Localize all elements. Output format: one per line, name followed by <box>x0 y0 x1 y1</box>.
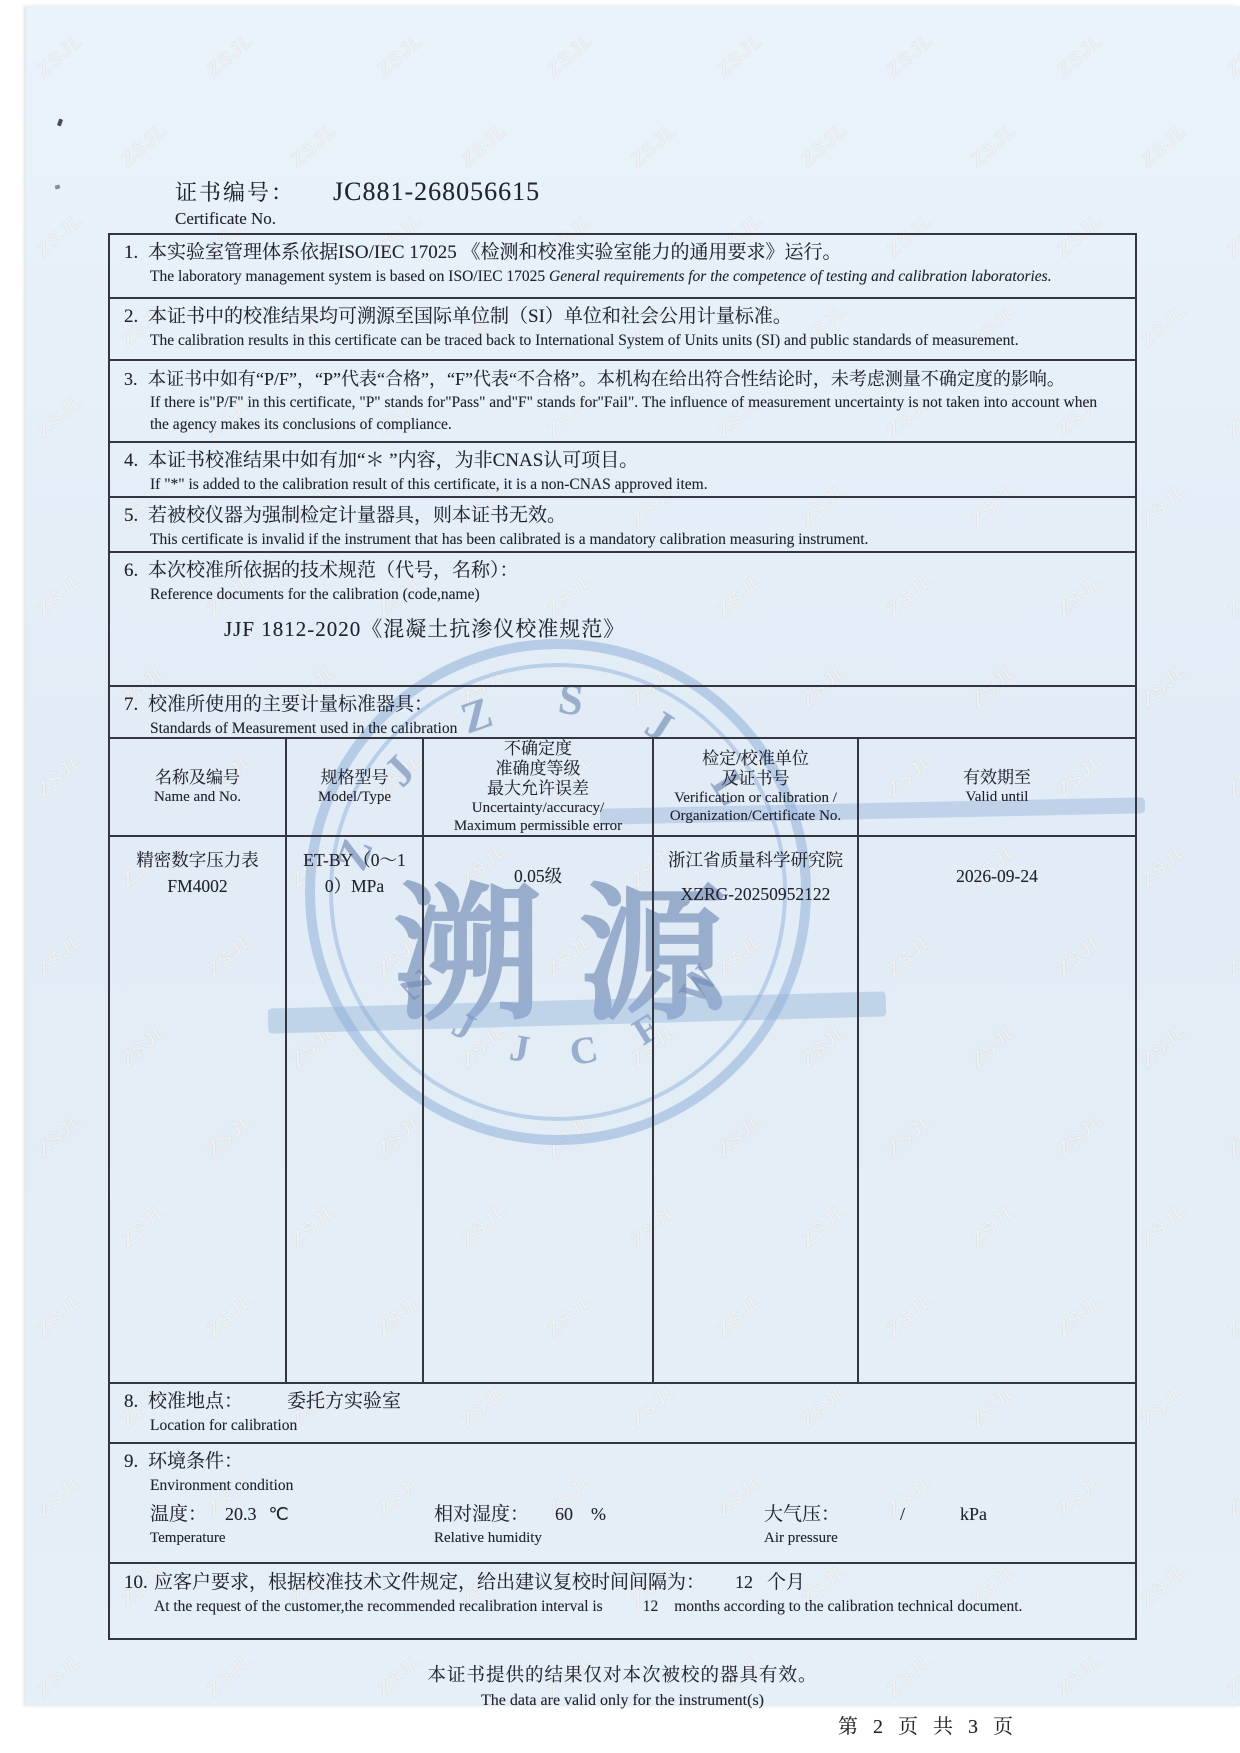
cell-accuracy: 0.05级 <box>422 837 652 1382</box>
verification-organization: 浙江省质量科学研究院 <box>654 847 857 873</box>
recalibration-interval-value-en: 12 <box>643 1596 659 1618</box>
col-header-model-cn: 规格型号 <box>287 768 422 788</box>
clause-text-en-italic: General requirements for the competence … <box>549 268 1052 285</box>
standard-accuracy: 0.05级 <box>424 863 652 889</box>
validity-note-en: The data are valid only for the instrume… <box>108 1689 1137 1712</box>
standards-table: 名称及编号 Name and No. 规格型号 Model/Type 不确定度 … <box>110 739 1135 1384</box>
humidity-block: 相对湿度：60% Relative humidity <box>434 1501 764 1548</box>
air-pressure-value: / <box>900 1501 905 1527</box>
section-number: 8. <box>124 1389 148 1415</box>
clause-text-en: Reference documents for the calibration … <box>124 584 1127 606</box>
clause-number: 1. <box>124 240 148 266</box>
clause-text-en-line2: the agency makes its conclusions of comp… <box>124 414 1127 436</box>
section-number: 9. <box>124 1449 148 1475</box>
clause-text-cn: 本证书校准结果中如有加“＊ ”内容，为非CNAS认可项目。 <box>148 450 638 471</box>
temperature-value: 20.3 <box>225 1501 257 1527</box>
location-label-cn: 校准地点： <box>148 1391 243 1412</box>
col-header-uncertainty-en2: Maximum permissible error <box>424 817 652 835</box>
clause-2: 2.本证书中的校准结果均可溯源至国际单位制（SI）单位和社会公用计量标准。 Th… <box>110 299 1135 361</box>
humidity-label-en: Relative humidity <box>434 1528 764 1548</box>
cell-organization: 浙江省质量科学研究院 XZRG-20250952122 <box>652 837 857 1382</box>
location-label-en: Location for calibration <box>124 1415 1127 1437</box>
location-value: 委托方实验室 <box>287 1389 401 1415</box>
verification-certificate-no: XZRG-20250952122 <box>654 881 857 907</box>
clause-4: 4.本证书校准结果中如有加“＊ ”内容，为非CNAS认可项目。 If "*" i… <box>110 443 1135 498</box>
cell-model: ET-BY（0～1 0）MPa <box>285 837 422 1382</box>
cell-valid-until: 2026-09-24 <box>857 837 1135 1382</box>
standard-model-line1: ET-BY（0～1 <box>287 847 422 873</box>
reference-document: JJF 1812-2020《混凝土抗渗仪校准规范》 <box>124 614 1127 644</box>
col-header-valid-until: 有效期至 Valid until <box>857 739 1135 837</box>
temperature-block: 温度：20.3℃ Temperature <box>124 1501 434 1548</box>
clause-number: 6. <box>124 558 148 584</box>
certificate-page: { "watermark": { "text": "ZSJL" }, "seal… <box>0 0 1240 1753</box>
clause-text-cn: 本次校准所依据的技术规范（代号，名称）： <box>148 560 519 581</box>
col-header-valid-until-en: Valid until <box>859 788 1135 806</box>
clause-1: 1.本实验室管理体系依据ISO/IEC 17025 《检测和校准实验室能力的通用… <box>110 235 1135 299</box>
certificate-body-box: 1.本实验室管理体系依据ISO/IEC 17025 《检测和校准实验室能力的通用… <box>108 233 1137 1640</box>
recalibration-interval-unit-cn: 个月 <box>767 1570 805 1596</box>
col-header-organization-cn1: 检定/校准单位 <box>654 749 857 769</box>
col-header-uncertainty: 不确定度 准确度等级 最大允许误差 Uncertainty/accuracy/ … <box>422 739 652 837</box>
recalibration-interval-value: 12 <box>735 1569 753 1595</box>
certificate-no-label-cn: 证书编号： <box>175 176 295 207</box>
environment-label-cn: 环境条件： <box>148 1451 243 1472</box>
clause-text-en: The calibration results in this certific… <box>124 330 1127 352</box>
col-header-uncertainty-cn1: 不确定度 <box>424 739 652 759</box>
validity-note: 本证书提供的结果仅对本次被校的器具有效。 The data are valid … <box>108 1663 1137 1712</box>
col-header-model: 规格型号 Model/Type <box>285 739 422 837</box>
clause-text-en: If there is"P/F" in this certificate, "P… <box>124 392 1127 414</box>
col-header-valid-until-cn: 有效期至 <box>859 768 1135 788</box>
temperature-label-en: Temperature <box>150 1528 434 1548</box>
recalibration-text-cn: 应客户要求，根据校准技术文件规定，给出建议复校时间间隔为： <box>154 1572 705 1593</box>
clause-text-en: If "*" is added to the calibration resul… <box>124 474 1127 496</box>
col-header-name-en: Name and No. <box>110 788 285 806</box>
standard-model-line2: 0）MPa <box>287 873 422 899</box>
clause-text-en: This certificate is invalid if the instr… <box>124 529 1127 551</box>
standard-name: 精密数字压力表 <box>110 847 285 873</box>
air-pressure-block: 大气压：/kPa Air pressure <box>764 1501 1127 1548</box>
section-recalibration: 10.应客户要求，根据校准技术文件规定，给出建议复校时间间隔为：12个月 At … <box>110 1564 1135 1638</box>
clause-number: 4. <box>124 448 148 474</box>
humidity-label-cn: 相对湿度： <box>434 1504 529 1525</box>
clause-number: 3. <box>124 366 148 392</box>
col-header-model-en: Model/Type <box>287 788 422 806</box>
clause-3: 3.本证书中如有“P/F”，“P”代表“合格”，“F”代表“不合格”。本机构在给… <box>110 361 1135 443</box>
section-number: 10. <box>124 1570 154 1596</box>
col-header-name: 名称及编号 Name and No. <box>110 739 285 837</box>
clause-6: 6.本次校准所依据的技术规范（代号，名称）： Reference documen… <box>110 553 1135 687</box>
clause-number: 2. <box>124 304 148 330</box>
clause-text-cn: 校准所使用的主要计量标准器具： <box>148 694 433 715</box>
col-header-uncertainty-en1: Uncertainty/accuracy/ <box>424 799 652 817</box>
humidity-unit: % <box>591 1501 606 1527</box>
certificate-no-value: JC881-268056615 <box>333 177 540 207</box>
cell-name: 精密数字压力表 FM4002 <box>110 837 285 1382</box>
standards-table-row: 精密数字压力表 FM4002 ET-BY（0～1 0）MPa 0.05级 浙江省… <box>110 837 1135 1382</box>
clause-number: 7. <box>124 692 148 718</box>
clause-text-cn: 本证书中如有“P/F”，“P”代表“合格”，“F”代表“不合格”。本机构在给出符… <box>148 369 1065 389</box>
temperature-label-cn: 温度： <box>150 1504 207 1525</box>
col-header-organization-en2: Organization/Certificate No. <box>654 807 857 825</box>
clause-7: 7.校准所使用的主要计量标准器具： Standards of Measureme… <box>110 687 1135 739</box>
clause-number: 5. <box>124 503 148 529</box>
environment-label-en: Environment condition <box>124 1475 1127 1497</box>
clause-text-en: The laboratory management system is base… <box>150 268 549 285</box>
page-number: 第 2 页 共 3 页 <box>838 1710 1018 1739</box>
col-header-organization-en1: Verification or calibration / <box>654 789 857 807</box>
validity-note-cn: 本证书提供的结果仅对本次被校的器具有效。 <box>108 1663 1137 1689</box>
recalibration-text-en: At the request of the customer,the recom… <box>154 1598 603 1615</box>
section-location: 8.校准地点：委托方实验室 Location for calibration <box>110 1384 1135 1444</box>
valid-until-date: 2026-09-24 <box>859 863 1135 889</box>
col-header-uncertainty-cn2: 准确度等级 <box>424 759 652 779</box>
clause-5: 5.若被校仪器为强制检定计量器具，则本证书无效。 This certificat… <box>110 498 1135 553</box>
clause-text-cn: 本实验室管理体系依据ISO/IEC 17025 《检测和校准实验室能力的通用要求… <box>148 242 842 263</box>
clause-text-cn: 若被校仪器为强制检定计量器具，则本证书无效。 <box>148 505 566 526</box>
col-header-organization: 检定/校准单位 及证书号 Verification or calibration… <box>652 739 857 837</box>
col-header-organization-cn2: 及证书号 <box>654 769 857 789</box>
certificate-number-block: 证书编号：JC881-268056615 Certificate No. <box>175 176 540 229</box>
col-header-name-cn: 名称及编号 <box>110 768 285 788</box>
recalibration-text-en-suffix: months according to the calibration tech… <box>674 1596 1022 1618</box>
certificate-no-label-en: Certificate No. <box>175 209 540 229</box>
air-pressure-unit: kPa <box>960 1501 987 1527</box>
section-environment: 9.环境条件： Environment condition 温度：20.3℃ T… <box>110 1444 1135 1564</box>
clause-text-en: Standards of Measurement used in the cal… <box>124 718 1127 739</box>
clause-text-cn: 本证书中的校准结果均可溯源至国际单位制（SI）单位和社会公用计量标准。 <box>148 306 792 327</box>
humidity-value: 60 <box>555 1501 573 1527</box>
environment-values: 温度：20.3℃ Temperature 相对湿度：60% Relative h… <box>124 1501 1127 1548</box>
standard-number: FM4002 <box>110 873 285 899</box>
temperature-unit: ℃ <box>269 1501 289 1527</box>
air-pressure-label-en: Air pressure <box>764 1528 1127 1548</box>
air-pressure-label-cn: 大气压： <box>764 1504 840 1525</box>
col-header-uncertainty-cn3: 最大允许误差 <box>424 779 652 799</box>
standards-table-header: 名称及编号 Name and No. 规格型号 Model/Type 不确定度 … <box>110 739 1135 837</box>
